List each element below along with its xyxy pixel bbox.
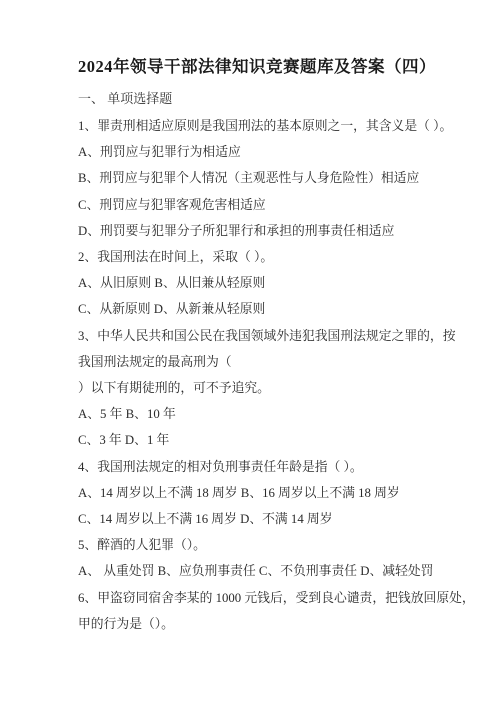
text-line: C、3 年 D、1 年: [78, 427, 442, 453]
text-line: 1、罪责刑相适应原则是我国刑法的基本原则之一，其含义是（ ）。: [78, 113, 442, 139]
text-line: 我国刑法规定的最高刑为（: [78, 349, 442, 375]
text-line: 3、中华人民共和国公民在我国领域外违犯我国刑法规定之罪的，按: [78, 323, 442, 349]
text-line: 2、我国刑法在时间上，采取（ ）。: [78, 244, 442, 270]
document-page: 2024年领导干部法律知识竞赛题库及答案（四） 一、 单项选择题 1、罪责刑相适…: [0, 0, 500, 706]
text-line: C、14 周岁以上不满 16 周岁 D、不满 14 周岁: [78, 506, 442, 532]
section-heading: 一、 单项选择题: [78, 89, 442, 109]
text-line: 甲的行为是（）。: [78, 611, 442, 637]
text-line: A、5 年 B、10 年: [78, 401, 442, 427]
document-body: 1、罪责刑相适应原则是我国刑法的基本原则之一，其含义是（ ）。A、刑罚应与犯罪行…: [78, 113, 442, 637]
text-line: A、刑罚应与犯罪行为相适应: [78, 139, 442, 165]
page-title: 2024年领导干部法律知识竞赛题库及答案（四）: [78, 54, 442, 80]
text-line: C、刑罚应与犯罪客观危害相适应: [78, 192, 442, 218]
text-line: C、从新原则 D、从新兼从轻原则: [78, 296, 442, 322]
text-line: A、14 周岁以上不满 18 周岁 B、16 周岁以上不满 18 周岁: [78, 480, 442, 506]
text-line: 5、醉酒的人犯罪（）。: [78, 532, 442, 558]
text-line: ）以下有期徒刑的，可不予追究。: [78, 375, 442, 401]
document-content: 2024年领导干部法律知识竞赛题库及答案（四） 一、 单项选择题 1、罪责刑相适…: [0, 0, 500, 637]
text-line: 6、甲盗窃同宿舍李某的 1000 元钱后，受到良心谴责，把钱放回原处，: [78, 585, 442, 611]
text-line: B、刑罚应与犯罪个人情况（主观恶性与人身危险性）相适应: [78, 165, 442, 191]
text-line: D、刑罚要与犯罪分子所犯罪行和承担的刑事责任相适应: [78, 218, 442, 244]
text-line: A、 从重处罚 B、应负刑事责任 C、不负刑事责任 D、减轻处罚: [78, 558, 442, 584]
text-line: A、从旧原则 B、从旧兼从轻原则: [78, 270, 442, 296]
text-line: 4、我国刑法规定的相对负刑事责任年龄是指（ ）。: [78, 454, 442, 480]
